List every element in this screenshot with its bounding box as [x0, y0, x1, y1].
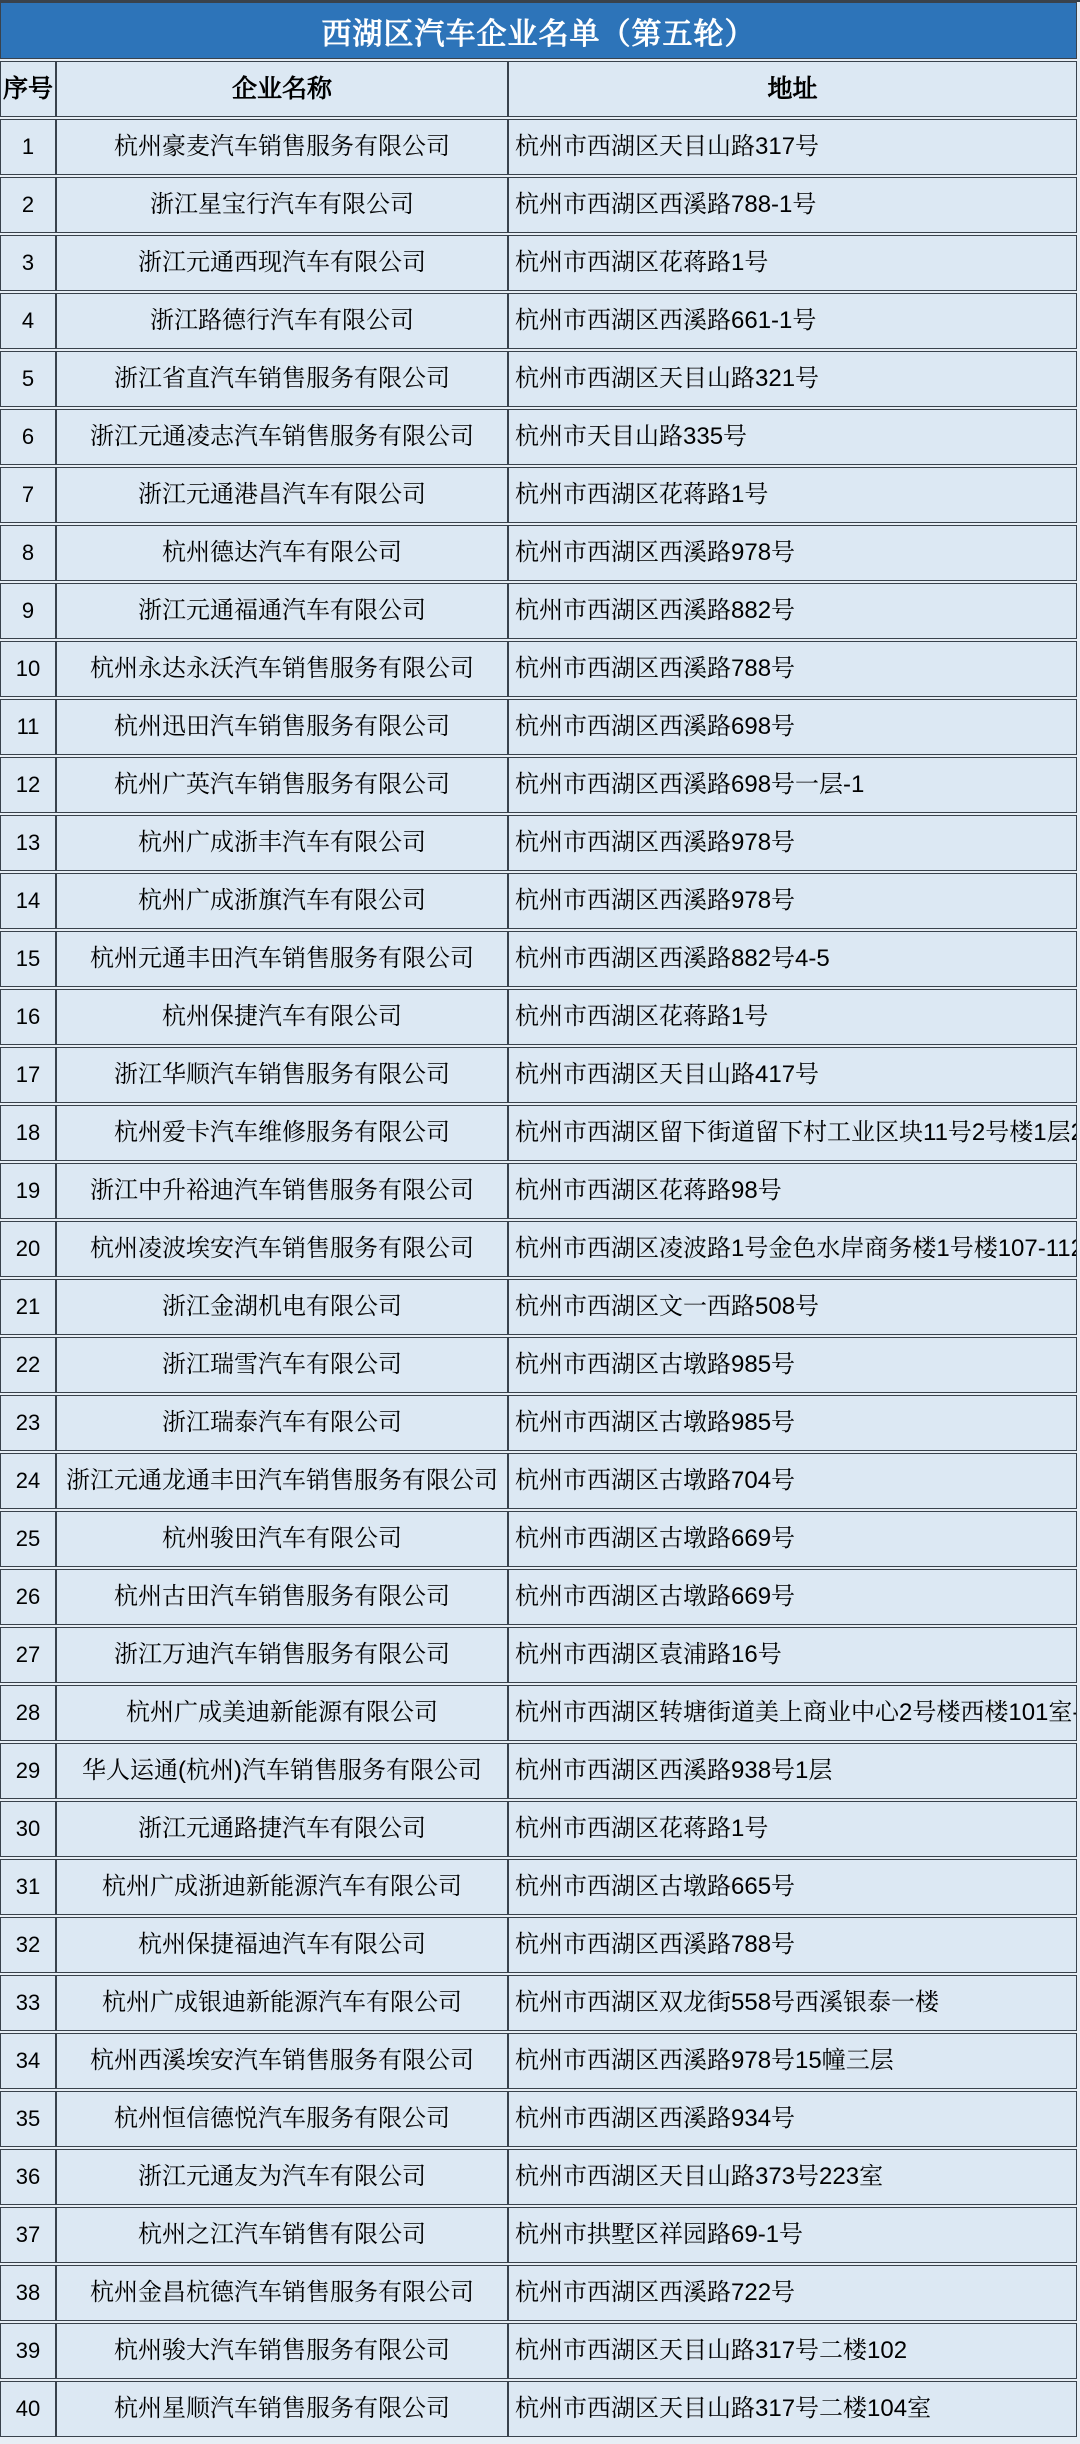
cell-company-name: 杭州保捷汽车有限公司 — [55, 990, 507, 1044]
cell-row-number: 8 — [1, 526, 55, 580]
cell-address: 杭州市西湖区天目山路317号二楼102 — [507, 2324, 1076, 2378]
cell-address: 杭州市西湖区西溪路938号1层 — [507, 1744, 1076, 1798]
cell-company-name: 浙江元通西现汽车有限公司 — [55, 236, 507, 290]
cell-company-name: 杭州德达汽车有限公司 — [55, 526, 507, 580]
cell-address: 杭州市西湖区西溪路978号 — [507, 526, 1076, 580]
title-bar: 西湖区汽车企业名单（第五轮） — [0, 2, 1077, 59]
cell-row-number: 40 — [1, 2382, 55, 2436]
table-row: 19 浙江中升裕迪汽车销售服务有限公司 杭州市西湖区花蒋路98号 — [0, 1163, 1077, 1219]
cell-company-name: 杭州古田汽车销售服务有限公司 — [55, 1570, 507, 1624]
cell-row-number: 19 — [1, 1164, 55, 1218]
table-row: 10 杭州永达永沃汽车销售服务有限公司 杭州市西湖区西溪路788号 — [0, 641, 1077, 697]
cell-address: 杭州市西湖区花蒋路1号 — [507, 468, 1076, 522]
cell-address: 杭州市西湖区古墩路985号 — [507, 1396, 1076, 1450]
cell-company-name: 杭州骏大汽车销售服务有限公司 — [55, 2324, 507, 2378]
table-row: 4 浙江路德行汽车有限公司 杭州市西湖区西溪路661-1号 — [0, 293, 1077, 349]
cell-company-name: 浙江瑞雪汽车有限公司 — [55, 1338, 507, 1392]
cell-company-name: 杭州豪麦汽车销售服务有限公司 — [55, 120, 507, 174]
cell-row-number: 1 — [1, 120, 55, 174]
cell-row-number: 38 — [1, 2266, 55, 2320]
cell-company-name: 杭州保捷福迪汽车有限公司 — [55, 1918, 507, 1972]
cell-company-name: 浙江元通福通汽车有限公司 — [55, 584, 507, 638]
cell-row-number: 15 — [1, 932, 55, 986]
cell-address: 杭州市西湖区古墩路669号 — [507, 1512, 1076, 1566]
table-row: 6 浙江元通凌志汽车销售服务有限公司 杭州市天目山路335号 — [0, 409, 1077, 465]
cell-address: 杭州市西湖区花蒋路1号 — [507, 990, 1076, 1044]
cell-row-number: 10 — [1, 642, 55, 696]
cell-address: 杭州市西湖区袁浦路16号 — [507, 1628, 1076, 1682]
cell-row-number: 12 — [1, 758, 55, 812]
cell-address: 杭州市西湖区天目山路373号223室 — [507, 2150, 1076, 2204]
cell-row-number: 20 — [1, 1222, 55, 1276]
cell-company-name: 浙江省直汽车销售服务有限公司 — [55, 352, 507, 406]
cell-company-name: 杭州广成美迪新能源有限公司 — [55, 1686, 507, 1740]
cell-address: 杭州市拱墅区祥园路69-1号 — [507, 2208, 1076, 2262]
cell-company-name: 杭州广英汽车销售服务有限公司 — [55, 758, 507, 812]
cell-row-number: 31 — [1, 1860, 55, 1914]
table-row: 9 浙江元通福通汽车有限公司 杭州市西湖区西溪路882号 — [0, 583, 1077, 639]
cell-company-name: 浙江中升裕迪汽车销售服务有限公司 — [55, 1164, 507, 1218]
cell-address: 杭州市西湖区古墩路985号 — [507, 1338, 1076, 1392]
cell-row-number: 16 — [1, 990, 55, 1044]
cell-row-number: 2 — [1, 178, 55, 232]
cell-row-number: 34 — [1, 2034, 55, 2088]
cell-row-number: 22 — [1, 1338, 55, 1392]
cell-address: 杭州市西湖区天目山路317号 — [507, 120, 1076, 174]
cell-address: 杭州市西湖区西溪路978号 — [507, 874, 1076, 928]
cell-row-number: 23 — [1, 1396, 55, 1450]
cell-company-name: 杭州恒信德悦汽车服务有限公司 — [55, 2092, 507, 2146]
cell-address: 杭州市西湖区双龙街558号西溪银泰一楼 — [507, 1976, 1076, 2030]
cell-address: 杭州市西湖区文一西路508号 — [507, 1280, 1076, 1334]
table-row: 31 杭州广成浙迪新能源汽车有限公司 杭州市西湖区古墩路665号 — [0, 1859, 1077, 1915]
table-row: 33 杭州广成银迪新能源汽车有限公司 杭州市西湖区双龙街558号西溪银泰一楼 — [0, 1975, 1077, 2031]
cell-row-number: 13 — [1, 816, 55, 870]
page-title: 西湖区汽车企业名单（第五轮） — [322, 9, 756, 53]
cell-company-name: 浙江元通港昌汽车有限公司 — [55, 468, 507, 522]
table-row: 22 浙江瑞雪汽车有限公司 杭州市西湖区古墩路985号 — [0, 1337, 1077, 1393]
cell-address: 杭州市西湖区花蒋路1号 — [507, 236, 1076, 290]
cell-address: 杭州市西湖区西溪路978号 — [507, 816, 1076, 870]
table-row: 38 杭州金昌杭德汽车销售服务有限公司 杭州市西湖区西溪路722号 — [0, 2265, 1077, 2321]
cell-row-number: 5 — [1, 352, 55, 406]
header-cell-address: 地址 — [507, 62, 1076, 116]
table-row: 24 浙江元通龙通丰田汽车销售服务有限公司 杭州市西湖区古墩路704号 — [0, 1453, 1077, 1509]
table-row: 3 浙江元通西现汽车有限公司 杭州市西湖区花蒋路1号 — [0, 235, 1077, 291]
cell-company-name: 杭州广成浙旗汽车有限公司 — [55, 874, 507, 928]
cell-row-number: 39 — [1, 2324, 55, 2378]
cell-company-name: 浙江元通凌志汽车销售服务有限公司 — [55, 410, 507, 464]
cell-company-name: 杭州广成浙丰汽车有限公司 — [55, 816, 507, 870]
cell-address: 杭州市西湖区西溪路788-1号 — [507, 178, 1076, 232]
table-row: 32 杭州保捷福迪汽车有限公司 杭州市西湖区西溪路788号 — [0, 1917, 1077, 1973]
table-row: 26 杭州古田汽车销售服务有限公司 杭州市西湖区古墩路669号 — [0, 1569, 1077, 1625]
table-row: 30 浙江元通路捷汽车有限公司 杭州市西湖区花蒋路1号 — [0, 1801, 1077, 1857]
cell-address: 杭州市西湖区凌波路1号金色水岸商务楼1号楼107-112室 — [507, 1222, 1076, 1276]
cell-company-name: 浙江瑞泰汽车有限公司 — [55, 1396, 507, 1450]
cell-company-name: 杭州之江汽车销售有限公司 — [55, 2208, 507, 2262]
cell-address: 杭州市西湖区西溪路788号 — [507, 642, 1076, 696]
table-row: 23 浙江瑞泰汽车有限公司 杭州市西湖区古墩路985号 — [0, 1395, 1077, 1451]
cell-row-number: 37 — [1, 2208, 55, 2262]
cell-address: 杭州市西湖区西溪路882号4-5 — [507, 932, 1076, 986]
cell-company-name: 浙江元通龙通丰田汽车销售服务有限公司 — [55, 1454, 507, 1508]
cell-address: 杭州市西湖区西溪路978号15幢三层 — [507, 2034, 1076, 2088]
cell-company-name: 杭州凌波埃安汽车销售服务有限公司 — [55, 1222, 507, 1276]
cell-company-name: 浙江华顺汽车销售服务有限公司 — [55, 1048, 507, 1102]
cell-row-number: 35 — [1, 2092, 55, 2146]
table-row: 34 杭州西溪埃安汽车销售服务有限公司 杭州市西湖区西溪路978号15幢三层 — [0, 2033, 1077, 2089]
table-row: 8 杭州德达汽车有限公司 杭州市西湖区西溪路978号 — [0, 525, 1077, 581]
cell-row-number: 14 — [1, 874, 55, 928]
cell-row-number: 29 — [1, 1744, 55, 1798]
cell-row-number: 11 — [1, 700, 55, 754]
table-row: 25 杭州骏田汽车有限公司 杭州市西湖区古墩路669号 — [0, 1511, 1077, 1567]
cell-company-name: 杭州迅田汽车销售服务有限公司 — [55, 700, 507, 754]
cell-address: 杭州市天目山路335号 — [507, 410, 1076, 464]
cell-row-number: 17 — [1, 1048, 55, 1102]
table-header-row: 序号 企业名称 地址 — [0, 61, 1077, 117]
cell-company-name: 浙江万迪汽车销售服务有限公司 — [55, 1628, 507, 1682]
cell-company-name: 杭州元通丰田汽车销售服务有限公司 — [55, 932, 507, 986]
cell-row-number: 6 — [1, 410, 55, 464]
cell-company-name: 浙江路德行汽车有限公司 — [55, 294, 507, 348]
cell-company-name: 杭州西溪埃安汽车销售服务有限公司 — [55, 2034, 507, 2088]
cell-row-number: 21 — [1, 1280, 55, 1334]
cell-company-name: 杭州爱卡汽车维修服务有限公司 — [55, 1106, 507, 1160]
table-row: 20 杭州凌波埃安汽车销售服务有限公司 杭州市西湖区凌波路1号金色水岸商务楼1号… — [0, 1221, 1077, 1277]
cell-company-name: 杭州骏田汽车有限公司 — [55, 1512, 507, 1566]
header-cell-company-name: 企业名称 — [55, 62, 507, 116]
cell-address: 杭州市西湖区古墩路665号 — [507, 1860, 1076, 1914]
cell-address: 杭州市西湖区西溪路882号 — [507, 584, 1076, 638]
cell-company-name: 杭州金昌杭德汽车销售服务有限公司 — [55, 2266, 507, 2320]
table-row: 5 浙江省直汽车销售服务有限公司 杭州市西湖区天目山路321号 — [0, 351, 1077, 407]
table-row: 13 杭州广成浙丰汽车有限公司 杭州市西湖区西溪路978号 — [0, 815, 1077, 871]
cell-row-number: 36 — [1, 2150, 55, 2204]
cell-company-name: 杭州星顺汽车销售服务有限公司 — [55, 2382, 507, 2436]
table-row: 29 华人运通(杭州)汽车销售服务有限公司 杭州市西湖区西溪路938号1层 — [0, 1743, 1077, 1799]
cell-address: 杭州市西湖区西溪路698号一层-1 — [507, 758, 1076, 812]
table-row: 18 杭州爱卡汽车维修服务有限公司 杭州市西湖区留下街道留下村工业区块11号2号… — [0, 1105, 1077, 1161]
cell-address: 杭州市西湖区西溪路698号 — [507, 700, 1076, 754]
cell-company-name: 杭州广成浙迪新能源汽车有限公司 — [55, 1860, 507, 1914]
cell-address: 杭州市西湖区西溪路661-1号 — [507, 294, 1076, 348]
cell-row-number: 3 — [1, 236, 55, 290]
table-row: 37 杭州之江汽车销售有限公司 杭州市拱墅区祥园路69-1号 — [0, 2207, 1077, 2263]
table-row: 12 杭州广英汽车销售服务有限公司 杭州市西湖区西溪路698号一层-1 — [0, 757, 1077, 813]
table-row: 35 杭州恒信德悦汽车服务有限公司 杭州市西湖区西溪路934号 — [0, 2091, 1077, 2147]
cell-address: 杭州市西湖区古墩路669号 — [507, 1570, 1076, 1624]
table-row: 16 杭州保捷汽车有限公司 杭州市西湖区花蒋路1号 — [0, 989, 1077, 1045]
cell-address: 杭州市西湖区西溪路934号 — [507, 2092, 1076, 2146]
cell-company-name: 杭州永达永沃汽车销售服务有限公司 — [55, 642, 507, 696]
cell-address: 杭州市西湖区西溪路722号 — [507, 2266, 1076, 2320]
cell-row-number: 24 — [1, 1454, 55, 1508]
cell-address: 杭州市西湖区花蒋路1号 — [507, 1802, 1076, 1856]
cell-address: 杭州市西湖区古墩路704号 — [507, 1454, 1076, 1508]
cell-row-number: 33 — [1, 1976, 55, 2030]
cell-company-name: 浙江元通友为汽车有限公司 — [55, 2150, 507, 2204]
cell-row-number: 9 — [1, 584, 55, 638]
table-row: 11 杭州迅田汽车销售服务有限公司 杭州市西湖区西溪路698号 — [0, 699, 1077, 755]
table-body: 1 杭州豪麦汽车销售服务有限公司 杭州市西湖区天目山路317号 2 浙江星宝行汽… — [0, 119, 1077, 2437]
cell-address: 杭州市西湖区西溪路788号 — [507, 1918, 1076, 1972]
cell-address: 杭州市西湖区天目山路417号 — [507, 1048, 1076, 1102]
cell-company-name: 浙江星宝行汽车有限公司 — [55, 178, 507, 232]
cell-row-number: 25 — [1, 1512, 55, 1566]
cell-row-number: 7 — [1, 468, 55, 522]
cell-address: 杭州市西湖区天目山路321号 — [507, 352, 1076, 406]
cell-row-number: 32 — [1, 1918, 55, 1972]
cell-company-name: 浙江元通路捷汽车有限公司 — [55, 1802, 507, 1856]
table-row: 40 杭州星顺汽车销售服务有限公司 杭州市西湖区天目山路317号二楼104室 — [0, 2381, 1077, 2437]
table-row: 15 杭州元通丰田汽车销售服务有限公司 杭州市西湖区西溪路882号4-5 — [0, 931, 1077, 987]
cell-company-name: 浙江金湖机电有限公司 — [55, 1280, 507, 1334]
cell-row-number: 18 — [1, 1106, 55, 1160]
table-row: 39 杭州骏大汽车销售服务有限公司 杭州市西湖区天目山路317号二楼102 — [0, 2323, 1077, 2379]
table-row: 2 浙江星宝行汽车有限公司 杭州市西湖区西溪路788-1号 — [0, 177, 1077, 233]
cell-row-number: 28 — [1, 1686, 55, 1740]
cell-row-number: 30 — [1, 1802, 55, 1856]
cell-company-name: 杭州广成银迪新能源汽车有限公司 — [55, 1976, 507, 2030]
cell-row-number: 4 — [1, 294, 55, 348]
table-row: 36 浙江元通友为汽车有限公司 杭州市西湖区天目山路373号223室 — [0, 2149, 1077, 2205]
table-row: 21 浙江金湖机电有限公司 杭州市西湖区文一西路508号 — [0, 1279, 1077, 1335]
cell-row-number: 26 — [1, 1570, 55, 1624]
cell-address: 杭州市西湖区转塘街道美上商业中心2号楼西楼101室-6 — [507, 1686, 1076, 1740]
table-row: 14 杭州广成浙旗汽车有限公司 杭州市西湖区西溪路978号 — [0, 873, 1077, 929]
table-row: 7 浙江元通港昌汽车有限公司 杭州市西湖区花蒋路1号 — [0, 467, 1077, 523]
table-row: 28 杭州广成美迪新能源有限公司 杭州市西湖区转塘街道美上商业中心2号楼西楼10… — [0, 1685, 1077, 1741]
cell-address: 杭州市西湖区天目山路317号二楼104室 — [507, 2382, 1076, 2436]
table-row: 1 杭州豪麦汽车销售服务有限公司 杭州市西湖区天目山路317号 — [0, 119, 1077, 175]
cell-company-name: 华人运通(杭州)汽车销售服务有限公司 — [55, 1744, 507, 1798]
cell-row-number: 27 — [1, 1628, 55, 1682]
table-row: 17 浙江华顺汽车销售服务有限公司 杭州市西湖区天目山路417号 — [0, 1047, 1077, 1103]
cell-address: 杭州市西湖区留下街道留下村工业区块11号2号楼1层2层 — [507, 1106, 1076, 1160]
company-list-page: 西湖区汽车企业名单（第五轮） 序号 企业名称 地址 1 杭州豪麦汽车销售服务有限… — [0, 0, 1080, 2444]
table-row: 27 浙江万迪汽车销售服务有限公司 杭州市西湖区袁浦路16号 — [0, 1627, 1077, 1683]
cell-address: 杭州市西湖区花蒋路98号 — [507, 1164, 1076, 1218]
header-cell-row-number: 序号 — [1, 62, 55, 116]
